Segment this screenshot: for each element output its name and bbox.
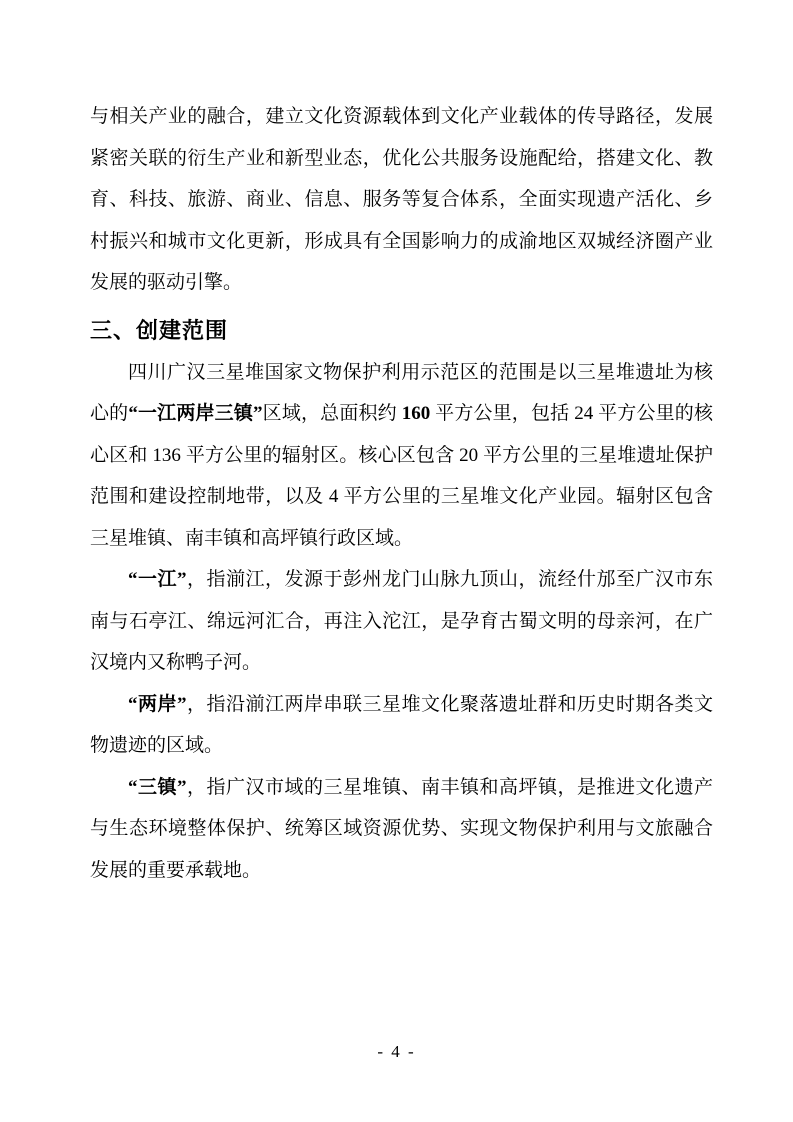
document-content: 与相关产业的融合，建立文化资源载体到文化产业载体的传导路径，发展紧密关联的衍生产… xyxy=(90,96,713,891)
page-number: - 4 - xyxy=(0,1040,793,1064)
bold-run: “三镇” xyxy=(128,777,187,798)
document-page: 与相关产业的融合，建立文化资源载体到文化产业载体的传导路径，发展紧密关联的衍生产… xyxy=(0,0,793,1122)
text-run: 区域，总面积约 xyxy=(263,403,402,424)
scope-paragraph: 四川广汉三星堆国家文物保护利用示范区的范围是以三星堆遗址为核心的“一江两岸三镇”… xyxy=(90,352,713,560)
liangan-paragraph: “两岸”，指沿湔江两岸串联三星堆文化聚落遗址群和历史时期各类文物遗迹的区域。 xyxy=(90,684,713,767)
bold-run: “两岸” xyxy=(128,694,187,715)
section-heading: 三、创建范围 xyxy=(90,310,713,352)
bold-run: “一江两岸三镇” xyxy=(128,403,262,424)
intro-paragraph: 与相关产业的融合，建立文化资源载体到文化产业载体的传导路径，发展紧密关联的衍生产… xyxy=(90,96,713,304)
sanzhen-paragraph: “三镇”，指广汉市域的三星堆镇、南丰镇和高坪镇，是推进文化遗产与生态环境整体保护… xyxy=(90,767,713,892)
bold-run: 160 xyxy=(402,403,431,424)
yijiang-paragraph: “一江”，指湔江，发源于彭州龙门山脉九顶山，流经什邡至广汉市东南与石亭江、绵远河… xyxy=(90,559,713,684)
text-run: 平方公里，包括 24 平方公里的核心区和 136 平方公里的辐射区。核心区包含 … xyxy=(90,403,713,549)
bold-run: “一江” xyxy=(128,569,187,590)
